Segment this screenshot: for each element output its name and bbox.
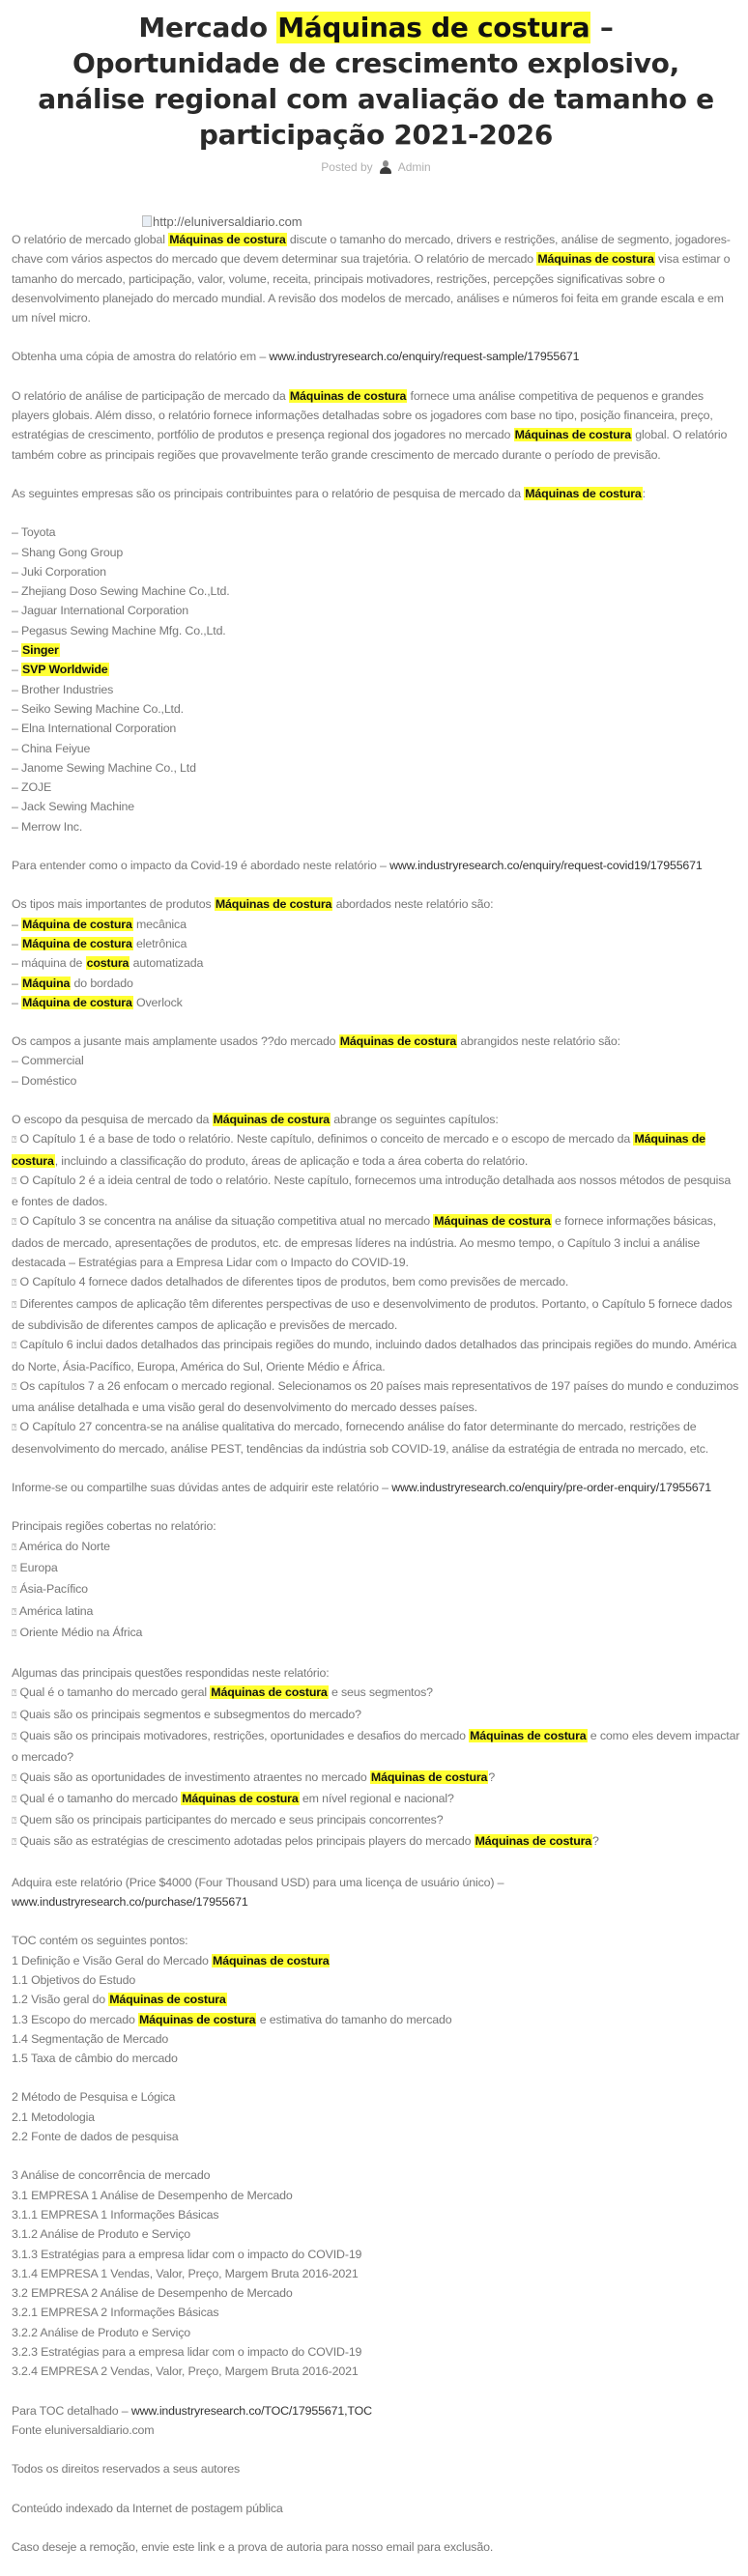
keyword-highlight: Máquinas de costura <box>215 897 332 911</box>
company-item: – Seiko Sewing Machine Co.,Ltd. <box>12 699 740 719</box>
text: eletrônica <box>133 937 187 950</box>
company-item: – SVP Worldwide <box>12 660 740 679</box>
text: 2 Método de Pesquisa e Lógica <box>12 2090 175 2104</box>
text: Overlock <box>133 996 183 1009</box>
text: – <box>12 977 21 990</box>
scope-chapter-5: ⍰ Diferentes campos de aplicação têm dif… <box>12 1294 740 1336</box>
text: O Capítulo 3 se concentra na análise da … <box>16 1214 433 1228</box>
user-avatar-icon <box>380 160 391 174</box>
text: Para TOC detalhado – <box>12 2404 131 2418</box>
region-item: ⍰ América do Norte <box>12 1537 740 1558</box>
application-item: – Commercial <box>12 1051 740 1070</box>
rights-text: Todos os direitos reservados a seus auto… <box>12 2459 740 2478</box>
keyword-highlight: Máquinas de costura <box>339 1034 457 1048</box>
downstream-intro: Os campos a jusante mais amplamente usad… <box>12 1032 740 1051</box>
toc-detail-link[interactable]: www.industryresearch.co/TOC/17955671,TOC <box>131 2404 372 2418</box>
toc-item: 2.1 Metodologia <box>12 2108 740 2127</box>
region-name: Oriente Médio na África <box>16 1626 142 1639</box>
text: 3.2.1 EMPRESA 2 Informações Básicas <box>12 2306 218 2319</box>
question-item: ⍰ Quais são os principais motivadores, r… <box>12 1726 740 1768</box>
product-type-item: – Máquina do bordado <box>12 974 740 993</box>
text: 3.2.3 Estratégias para a empresa lidar c… <box>12 2345 361 2359</box>
company-item: – Merrow Inc. <box>12 817 740 836</box>
question-item: ⍰ Quais são as estratégias de cresciment… <box>12 1831 740 1853</box>
text: 3.1.2 Análise de Produto e Serviço <box>12 2227 190 2241</box>
text: O relatório de análise de participação d… <box>12 389 289 403</box>
keyword-highlight: Máquinas de costura <box>524 487 642 500</box>
scope-chapter-6: ⍰ Capítulo 6 inclui dados detalhados das… <box>12 1335 740 1376</box>
region-item: ⍰ Ásia-Pacífico <box>12 1579 740 1600</box>
text: O Capítulo 2 é a ideia central de todo o… <box>12 1174 731 1208</box>
dash: – <box>12 820 21 834</box>
text: Para entender como o impacto da Covid-19… <box>12 859 389 872</box>
company-name: Janome Sewing Machine Co., Ltd <box>21 761 196 775</box>
region-name: Europa <box>16 1561 57 1574</box>
text: , incluindo a classificação do produto, … <box>55 1154 528 1168</box>
sample-link[interactable]: www.industryresearch.co/enquiry/request-… <box>269 350 579 363</box>
region-name: América latina <box>16 1604 93 1618</box>
company-item: – Jaguar International Corporation <box>12 601 740 620</box>
company-item: – Shang Gong Group <box>12 543 740 562</box>
dash: – <box>12 742 21 755</box>
source-text: Fonte eluniversaldiario.com <box>12 2420 740 2440</box>
title-highlight: Máquinas de costura <box>276 12 590 43</box>
scope-chapter-4: ⍰ O Capítulo 4 fornece dados detalhados … <box>12 1272 740 1293</box>
keyword-highlight: Máquinas de costura <box>108 1993 226 2006</box>
keyword-highlight: Máquinas de costura <box>168 233 286 246</box>
company-item: – Toyota <box>12 523 740 542</box>
company-name: Singer <box>21 643 60 657</box>
purchase-link[interactable]: www.industryresearch.co/purchase/1795567… <box>12 1895 248 1909</box>
toc-item: 3.2.3 Estratégias para a empresa lidar c… <box>12 2342 740 2362</box>
preorder-paragraph: Informe-se ou compartilhe suas dúvidas a… <box>12 1478 740 1497</box>
region-item: ⍰ América latina <box>12 1601 740 1623</box>
question-item: ⍰ Quais são os principais segmentos e su… <box>12 1705 740 1726</box>
company-item: – Juki Corporation <box>12 562 740 581</box>
text: 3.1.4 EMPRESA 1 Vendas, Valor, Preço, Ma… <box>12 2267 359 2280</box>
company-name: China Feiyue <box>21 742 90 755</box>
toc-item: 1.2 Visão geral do Máquinas de costura <box>12 1990 740 2009</box>
article-body: O relatório de mercado global Máquinas d… <box>12 230 740 2557</box>
dash: – <box>12 624 21 637</box>
text: Adquira este relatório (Price $4000 (Fou… <box>12 1876 503 1889</box>
text: Qual é o tamanho do mercado geral <box>16 1685 210 1699</box>
text: O Capítulo 27 concentra-se na análise qu… <box>12 1420 708 1455</box>
scope-chapter-7-26: ⍰ Os capítulos 7 a 26 enfocam o mercado … <box>12 1376 740 1418</box>
toc-item: 2.2 Fonte de dados de pesquisa <box>12 2127 740 2146</box>
company-item: – Pegasus Sewing Machine Mfg. Co.,Ltd. <box>12 621 740 640</box>
dash: – <box>12 722 21 735</box>
toc-group: 3 Análise de concorrência de mercado3.1 … <box>12 2166 740 2381</box>
toc-item: 3.2.2 Análise de Produto e Serviço <box>12 2323 740 2342</box>
dash: – <box>12 702 21 716</box>
keyword-highlight: Máquina de costura <box>21 937 133 950</box>
toc-item: 3.1 EMPRESA 1 Análise de Desempenho de M… <box>12 2186 740 2205</box>
keyword-highlight: Máquina de costura <box>21 918 133 931</box>
text: As seguintes empresas são os principais … <box>12 487 524 500</box>
post-meta: Posted by Admin <box>12 158 740 176</box>
share-paragraph: O relatório de análise de participação d… <box>12 386 740 465</box>
keyword-highlight: Máquinas de costura <box>433 1214 551 1228</box>
company-name: Jaguar International Corporation <box>21 604 188 617</box>
toc-item: 3.1.1 EMPRESA 1 Informações Básicas <box>12 2205 740 2224</box>
company-item: – Elna International Corporation <box>12 719 740 738</box>
text: – <box>12 996 21 1009</box>
downstream-list: – Commercial– Doméstico <box>12 1051 740 1090</box>
downstream-section: Os campos a jusante mais amplamente usad… <box>12 1032 740 1090</box>
keyword-highlight: Máquinas de costura <box>536 252 654 266</box>
text: Obtenha uma cópia de amostra do relatóri… <box>12 350 269 363</box>
indexed-text: Conteúdo indexado da Internet de postage… <box>12 2499 740 2518</box>
company-name: Shang Gong Group <box>21 546 123 559</box>
regions-section: Principais regiões cobertas no relatório… <box>12 1516 740 1644</box>
region-name: Ásia-Pacífico <box>16 1582 88 1596</box>
toc-item: 3.1.4 EMPRESA 1 Vendas, Valor, Preço, Ma… <box>12 2264 740 2283</box>
text: 3.1 EMPRESA 1 Análise de Desempenho de M… <box>12 2189 293 2202</box>
text: 1 Definição e Visão Geral do Mercado <box>12 1954 212 1967</box>
company-name: Pegasus Sewing Machine Mfg. Co.,Ltd. <box>21 624 226 637</box>
company-name: ZOJE <box>21 780 51 794</box>
company-item: – China Feiyue <box>12 739 740 758</box>
dash: – <box>12 780 21 794</box>
question-item: ⍰ Quem são os principais participantes d… <box>12 1810 740 1831</box>
text: O Capítulo 4 fornece dados detalhados de… <box>16 1275 568 1288</box>
text: – máquina de <box>12 956 86 970</box>
covid-paragraph: Para entender como o impacto da Covid-19… <box>12 856 740 875</box>
toc-intro-section: TOC contém os seguintes pontos: <box>12 1931 740 1950</box>
text: 3.1.3 Estratégias para a empresa lidar c… <box>12 2248 361 2261</box>
keyword-highlight: Máquinas de costura <box>181 1792 299 1805</box>
text: O relatório de mercado global <box>12 233 168 246</box>
company-name: Jack Sewing Machine <box>21 800 134 813</box>
toc-list: 1 Definição e Visão Geral do Mercado Máq… <box>12 1951 740 2382</box>
toc-item: 1 Definição e Visão Geral do Mercado Máq… <box>12 1951 740 1970</box>
company-name: Toyota <box>21 525 56 539</box>
dash: – <box>12 546 21 559</box>
text: ? <box>592 1834 599 1848</box>
dash: – <box>12 761 21 775</box>
company-name: Merrow Inc. <box>21 820 82 834</box>
dash: – <box>12 604 21 617</box>
questions-section: Algumas das principais questões respondi… <box>12 1663 740 1854</box>
questions-list: ⍰ Qual é o tamanho do mercado geral Máqu… <box>12 1683 740 1853</box>
text: Quem são os principais participantes do … <box>16 1813 443 1826</box>
toc-group: 2 Método de Pesquisa e Lógica2.1 Metodol… <box>12 2087 740 2146</box>
application-item: – Doméstico <box>12 1071 740 1090</box>
company-list: – Toyota– Shang Gong Group– Juki Corpora… <box>12 523 740 836</box>
text: e estimativa do tamanho do mercado <box>256 2013 451 2026</box>
company-item: – Brother Industries <box>12 680 740 699</box>
scope-section: O escopo da pesquisa de mercado da Máqui… <box>12 1110 740 1458</box>
dash: – <box>12 565 21 579</box>
page-title: Mercado Máquinas de costura – Oportunida… <box>31 10 721 153</box>
text: – <box>12 918 21 931</box>
title-prefix: Mercado <box>138 12 276 43</box>
regions-intro: Principais regiões cobertas no relatório… <box>12 1516 740 1536</box>
sample-paragraph: Obtenha uma cópia de amostra do relatóri… <box>12 347 740 366</box>
dash: – <box>12 663 21 676</box>
company-item: – Jack Sewing Machine <box>12 797 740 816</box>
keyword-highlight: Máquinas de costura <box>212 1954 330 1967</box>
toc-item: 3.2 EMPRESA 2 Análise de Desempenho de M… <box>12 2283 740 2303</box>
text: 3.2 EMPRESA 2 Análise de Desempenho de M… <box>12 2286 293 2300</box>
company-name: SVP Worldwide <box>21 663 108 676</box>
text: Quais são as oportunidades de investimen… <box>16 1770 370 1784</box>
text: do bordado <box>71 977 133 990</box>
text: abrangidos neste relatório são: <box>457 1034 620 1048</box>
scope-chapter-2: ⍰ O Capítulo 2 é a ideia central de todo… <box>12 1171 740 1212</box>
keyword-highlight: Máquina de costura <box>21 996 133 1009</box>
company-name: Elna International Corporation <box>21 722 176 735</box>
text: Informe-se ou compartilhe suas dúvidas a… <box>12 1481 391 1494</box>
region-name: América do Norte <box>16 1540 110 1553</box>
scope-chapter-27: ⍰ O Capítulo 27 concentra-se na análise … <box>12 1417 740 1458</box>
text: Os tipos mais importantes de produtos <box>12 897 215 911</box>
company-name: Juki Corporation <box>21 565 106 579</box>
region-item: ⍰ Europa <box>12 1558 740 1579</box>
text: Qual é o tamanho do mercado <box>16 1792 181 1805</box>
company-item: – Singer <box>12 640 740 660</box>
text: 3 Análise de concorrência de mercado <box>12 2168 210 2182</box>
region-item: ⍰ Oriente Médio na África <box>12 1623 740 1644</box>
dash: – <box>12 800 21 813</box>
dash: – <box>12 525 21 539</box>
toc-group: 1 Definição e Visão Geral do Mercado Máq… <box>12 1951 740 2069</box>
types-intro: Os tipos mais importantes de produtos Má… <box>12 894 740 914</box>
keyword-highlight: Máquinas de costura <box>469 1729 587 1742</box>
keyword-highlight: Máquinas de costura <box>514 428 632 441</box>
toc-item: 3.2.1 EMPRESA 2 Informações Básicas <box>12 2303 740 2322</box>
company-item: – ZOJE <box>12 778 740 797</box>
toc-item: 3 Análise de concorrência de mercado <box>12 2166 740 2185</box>
text: Diferentes campos de aplicação têm difer… <box>12 1297 733 1332</box>
text: 1.1 Objetivos do Estudo <box>12 1973 135 1987</box>
text: mecânica <box>133 918 187 931</box>
scope-intro: O escopo da pesquisa de mercado da Máqui… <box>12 1110 740 1129</box>
toc-detail-paragraph: Para TOC detalhado – www.industryresearc… <box>12 2401 740 2441</box>
company-item: – Janome Sewing Machine Co., Ltd <box>12 758 740 778</box>
text: : <box>643 487 646 500</box>
keyword-highlight: Máquinas de costura <box>370 1770 488 1784</box>
keyword-highlight: Máquinas de costura <box>210 1685 328 1699</box>
text: 2.2 Fonte de dados de pesquisa <box>12 2130 179 2143</box>
question-item: ⍰ Qual é o tamanho do mercado geral Máqu… <box>12 1683 740 1704</box>
scope-chapter-1: ⍰ O Capítulo 1 é a base de todo o relató… <box>12 1129 740 1171</box>
types-section: Os tipos mais importantes de produtos Má… <box>12 894 740 1012</box>
text: 3.1.1 EMPRESA 1 Informações Básicas <box>12 2208 218 2222</box>
purchase-paragraph: Adquira este relatório (Price $4000 (Fou… <box>12 1873 740 1912</box>
text: 1.4 Segmentação de Mercado <box>12 2032 168 2046</box>
keyword-highlight: Máquinas de costura <box>213 1113 331 1126</box>
toc-item: 1.3 Escopo do mercado Máquinas de costur… <box>12 2010 740 2029</box>
text: 2.1 Metodologia <box>12 2110 95 2124</box>
text: abordados neste relatório são: <box>332 897 493 911</box>
text: 1.2 Visão geral do <box>12 1993 108 2006</box>
text: e seus segmentos? <box>329 1685 433 1699</box>
product-type-item: – Máquina de costura eletrônica <box>12 934 740 953</box>
toc-item: 3.1.3 Estratégias para a empresa lidar c… <box>12 2245 740 2264</box>
toc-item: 1.1 Objetivos do Estudo <box>12 1970 740 1990</box>
keyword-highlight: costura <box>86 956 130 970</box>
author-link[interactable]: Admin <box>398 160 431 174</box>
companies-intro: As seguintes empresas são os principais … <box>12 484 740 503</box>
text: em nível regional e nacional? <box>300 1792 454 1805</box>
text: Quais são as estratégias de crescimento … <box>16 1834 474 1848</box>
question-item: ⍰ Qual é o tamanho do mercado Máquinas d… <box>12 1789 740 1810</box>
text: Capítulo 6 inclui dados detalhados das p… <box>12 1338 736 1373</box>
toc-item: 3.2.4 EMPRESA 2 Vendas, Valor, Preço, Ma… <box>12 2362 740 2381</box>
text: O escopo da pesquisa de mercado da <box>12 1113 213 1126</box>
text: Quais são os principais motivadores, res… <box>16 1729 469 1742</box>
text: Os capítulos 7 a 26 enfocam o mercado re… <box>12 1379 738 1414</box>
types-list: – Máquina de costura mecânica– Máquina d… <box>12 915 740 1012</box>
text: – <box>12 937 21 950</box>
removal-text: Caso deseje a remoção, envie este link e… <box>12 2537 740 2557</box>
company-name: Seiko Sewing Machine Co.,Ltd. <box>21 702 184 716</box>
questions-intro: Algumas das principais questões respondi… <box>12 1663 740 1683</box>
text: abrange os seguintes capítulos: <box>331 1113 499 1126</box>
text: 3.2.4 EMPRESA 2 Vendas, Valor, Preço, Ma… <box>12 2364 359 2378</box>
toc-intro: TOC contém os seguintes pontos: <box>12 1931 740 1950</box>
article: Mercado Máquinas de costura – Oportunida… <box>0 10 748 2557</box>
dash: – <box>12 683 21 696</box>
text: 1.5 Taxa de câmbio do mercado <box>12 2052 178 2065</box>
broken-image-icon <box>142 215 152 227</box>
text: ? <box>488 1770 495 1784</box>
article-image: http://eluniversaldiario.com <box>142 214 740 230</box>
keyword-highlight: Máquinas de costura <box>475 1834 592 1848</box>
toc-item: 2 Método de Pesquisa e Lógica <box>12 2087 740 2107</box>
toc-item: 1.4 Segmentação de Mercado <box>12 2029 740 2049</box>
product-type-item: – máquina de costura automatizada <box>12 953 740 973</box>
text: 1.3 Escopo do mercado <box>12 2013 138 2026</box>
text: Quais são os principais segmentos e subs… <box>16 1708 361 1721</box>
text: O Capítulo 1 é a base de todo o relatóri… <box>16 1132 633 1146</box>
dash: – <box>12 584 21 598</box>
product-type-item: – Máquina de costura Overlock <box>12 993 740 1012</box>
company-name: Brother Industries <box>21 683 113 696</box>
regions-list: ⍰ América do Norte⍰ Europa⍰ Ásia-Pacífic… <box>12 1537 740 1644</box>
text: automatizada <box>129 956 203 970</box>
keyword-highlight: Máquina <box>21 977 71 990</box>
intro-paragraph: O relatório de mercado global Máquinas d… <box>12 230 740 327</box>
keyword-highlight: Máquinas de costura <box>138 2013 256 2026</box>
toc-item: 1.5 Taxa de câmbio do mercado <box>12 2049 740 2068</box>
company-item: – Zhejiang Doso Sewing Machine Co.,Ltd. <box>12 581 740 601</box>
dash: – <box>12 643 21 657</box>
text: Os campos a jusante mais amplamente usad… <box>12 1034 339 1048</box>
posted-by-label: Posted by <box>321 160 372 174</box>
preorder-link[interactable]: www.industryresearch.co/enquiry/pre-orde… <box>391 1481 711 1494</box>
image-alt-text: http://eluniversaldiario.com <box>153 214 302 229</box>
company-name: Zhejiang Doso Sewing Machine Co.,Ltd. <box>21 584 230 598</box>
keyword-highlight: Máquinas de costura <box>289 389 407 403</box>
product-type-item: – Máquina de costura mecânica <box>12 915 740 934</box>
toc-item: 3.1.2 Análise de Produto e Serviço <box>12 2224 740 2244</box>
question-item: ⍰ Quais são as oportunidades de investim… <box>12 1768 740 1789</box>
text: 3.2.2 Análise de Produto e Serviço <box>12 2326 190 2339</box>
covid-link[interactable]: www.industryresearch.co/enquiry/request-… <box>389 859 703 872</box>
scope-chapter-3: ⍰ O Capítulo 3 se concentra na análise d… <box>12 1211 740 1272</box>
